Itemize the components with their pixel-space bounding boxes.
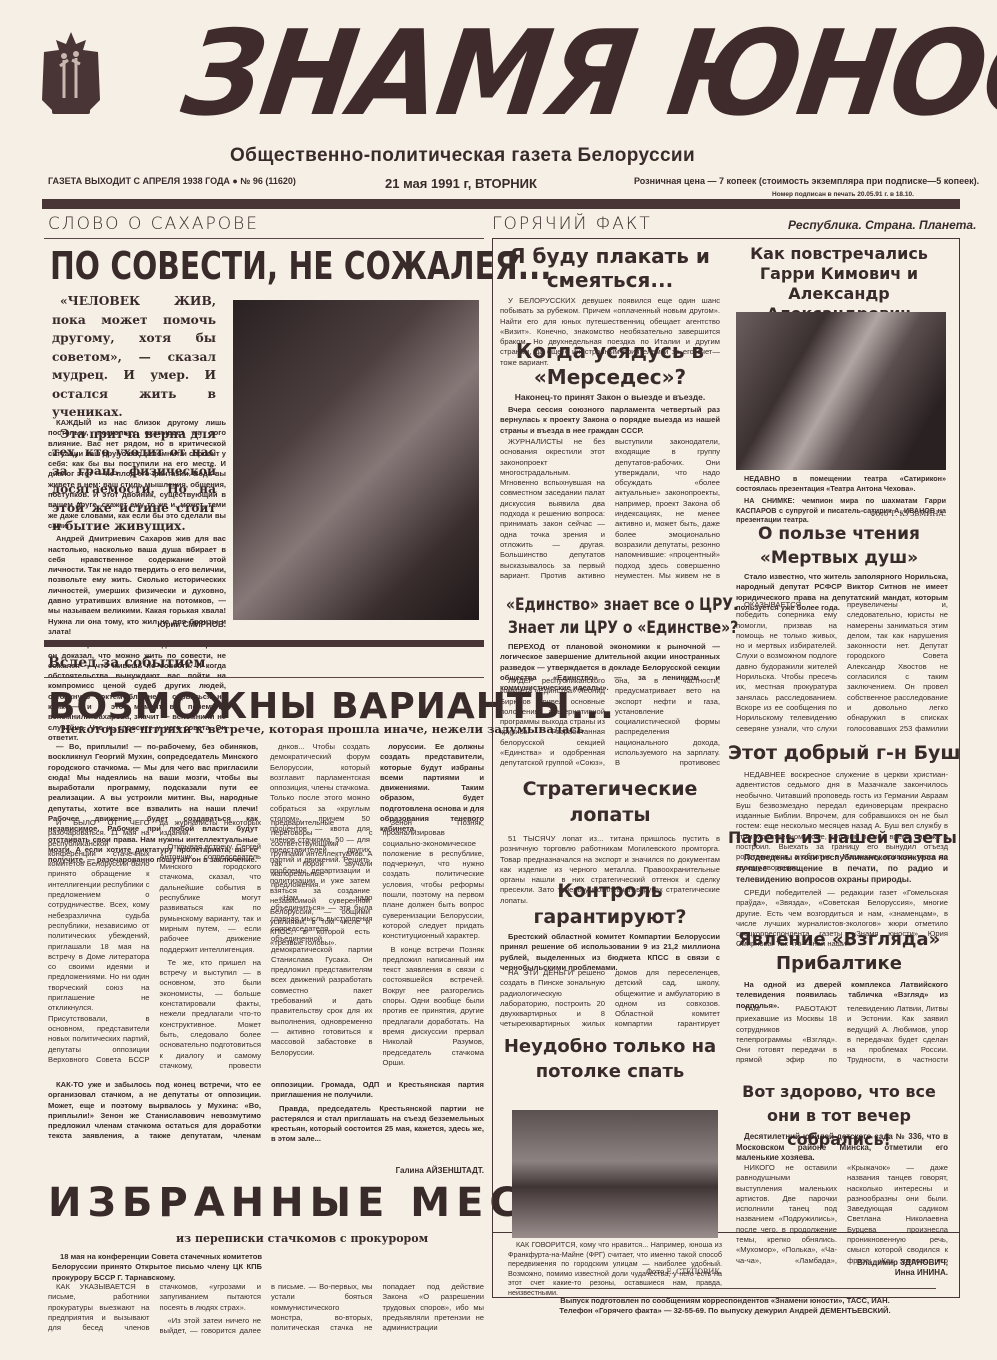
paragraph: В конце встречи Позняк предложил написан… — [383, 945, 485, 1069]
article-unity-body: ЛИДЕР республиканского комитета «Единств… — [500, 676, 720, 772]
divider-thick — [44, 640, 484, 647]
subhead-variants: Некоторые штрихи к встрече, которая прош… — [60, 722, 480, 736]
divider — [516, 1288, 936, 1289]
subhead-mercedes: Наконец-то принят Закон о выезде и въезд… — [500, 392, 720, 402]
caption-kasparov: НЕДАВНО в помещении театра «Сатирикон» с… — [736, 474, 946, 528]
issue-info: ГАЗЕТА ВЫХОДИТ С АПРЕЛЯ 1938 ГОДА ● № 96… — [48, 176, 296, 186]
article-dead-souls-body: ОКАЗЫВАЕТСЯ, победить соперника ему помо… — [736, 600, 948, 738]
newspaper-subtitle: Общественно-политическая газета Белорусс… — [230, 145, 695, 167]
photo-sakharov — [233, 300, 479, 620]
headline-dead-souls: О пользе чтения «Мертвых душ» — [728, 522, 950, 570]
paragraph: ЖУРНАЛИСТЫ не без основания окрестили эт… — [500, 437, 720, 585]
headline-unity-2: Знает ли ЦРУ о «Единстве»? — [508, 618, 738, 638]
article-control-body: НА ЭТИ ДЕНЬГИ решено создать в Пинске зо… — [500, 968, 720, 1032]
paragraph: Зенон Позняк, проанализировав социально-… — [383, 818, 485, 942]
article-vzglyad-body: ТАМ РАБОТАЮТ приехавшие из Москвы 18 сот… — [736, 1004, 948, 1070]
paragraph: Открывая встречу, Сергей Антончик, сопре… — [160, 842, 262, 955]
headline-cry: Я буду плакать и смеяться... — [500, 244, 720, 292]
photo-kasparov — [736, 312, 946, 470]
paragraph: Десятилетний юбилей детского сада № 336,… — [736, 1132, 948, 1164]
paragraph: НА ЭТИ ДЕНЬГИ решено создать в Пинске зо… — [500, 968, 720, 1032]
lead-selected: 18 мая на конференции Совета стачечных к… — [52, 1252, 262, 1286]
section-label-hotfact: ГОРЯЧИЙ ФАКТ — [492, 214, 652, 234]
headline-vzglyad: Явление «Взгляда» Прибалтике — [728, 928, 950, 976]
headline-sakharov: ПО СОВЕСТИ, НЕ СОЖАЛЕЯ... — [50, 244, 551, 288]
article-selected-body: КАК УКАЗЫВАЕТСЯ в письме, работники прок… — [48, 1282, 484, 1342]
variants-ending: КАК-ТО уже и забылось под конец встречи,… — [48, 1080, 484, 1162]
headline-bush: Этот добрый г-н Буш — [728, 742, 950, 764]
article-mercedes-body: ЖУРНАЛИСТЫ не без основания окрестили эт… — [500, 437, 720, 585]
author-kindergarten-2: Инна ИНИНА. — [736, 1268, 948, 1277]
photo-credit-ceiling: Фото Е. СТЕПОВИК. — [508, 1268, 722, 1276]
hotfact-tagline: Республика. Страна. Планета. — [788, 218, 976, 232]
photo-unicycle — [512, 1110, 718, 1238]
author-kindergarten-1: Владимир ЗДАНОВИЧ, — [736, 1258, 948, 1267]
headline-guy: Парень из нашей газеты — [728, 828, 950, 847]
paragraph: 18 мая на конференции Совета стачечных к… — [52, 1252, 262, 1283]
subhead-selected: из переписки стачкомов с прокурором — [176, 1232, 428, 1245]
headline-control: Контроль гарантируют? — [500, 878, 720, 930]
section-label-variants: Вслед за событием — [48, 655, 206, 671]
footer-line-1: Выпуск подготовлен по сообщениям корресп… — [500, 1296, 950, 1306]
paragraph: Брестский областной комитет Компартии Бе… — [500, 932, 720, 973]
print-signed-info: Номер подписан в печать 20.05.91 г. в 18… — [772, 191, 914, 198]
headline-mercedes: Когда усядусь в «Мерседес»? — [500, 338, 720, 390]
order-badge-icon — [38, 30, 104, 120]
hotfact-footer: Выпуск подготовлен по сообщениям корресп… — [500, 1296, 950, 1316]
paragraph: «Нам надо объединиться» — это была главн… — [271, 893, 373, 1058]
headline-ceiling: Неудобно только на потолке спать — [500, 1034, 720, 1084]
masthead-rule — [42, 199, 960, 209]
paragraph: КАЖДЫЙ из нас близок другому лишь постол… — [48, 418, 226, 531]
lead-mercedes: Вчера сессия союзного парламента четверт… — [500, 405, 720, 439]
headline-shovels: Стратегические лопаты — [500, 776, 720, 828]
issue-date: 21 мая 1991 г, ВТОРНИК — [385, 176, 537, 191]
lead-paragraph: «ЧЕЛОВЕК ЖИВ, пока может помочь другому,… — [52, 292, 216, 422]
paragraph: ТАМ РАБОТАЮТ приехавшие из Москвы 18 сот… — [736, 1004, 948, 1070]
footer-line-2: Телефон «Горячего факта» — 32-55-69. По … — [500, 1306, 950, 1316]
author-sakharov: Юрий СМИРНОВ. — [100, 620, 226, 629]
article-variants-body: И БЫЛО ОТ ЧЕГО разочароваться. 11 мая на… — [48, 818, 484, 1076]
paragraph: ОКАЗЫВАЕТСЯ, победить соперника ему помо… — [736, 600, 948, 738]
divider — [44, 677, 484, 678]
headline-unity-1: «Единство» знает все о ЦРУ. — [506, 595, 738, 615]
author-variants: Галина АЙЗЕНШТАДТ. — [330, 1166, 484, 1175]
divider — [44, 238, 484, 239]
paragraph: НЕДАВНО в помещении театра «Сатирикон» с… — [736, 474, 946, 493]
paragraph: ЛИДЕР республиканского комитета «Единств… — [500, 676, 720, 772]
paragraph: Вчера сессия союзного парламента четверт… — [500, 405, 720, 436]
section-label-sakharov: СЛОВО О САХАРОВЕ — [48, 214, 259, 234]
newspaper-title: ЗНАМЯ ЮНОСТИ — [177, 15, 997, 133]
lead-guy: Подведены итоги республиканского конкурс… — [736, 852, 948, 888]
lead-kindergarten: Десятилетний юбилей детского сада № 336,… — [736, 1132, 948, 1167]
price-info: Розничная цена — 7 копеек (стоимость экз… — [634, 176, 979, 186]
paragraph: Подведены итоги республиканского конкурс… — [736, 852, 948, 885]
paragraph: Правда, председатель Крестьянской партии… — [271, 1104, 484, 1145]
photo-credit-kasparov: Фото Т. КУЗЬМИНА. — [736, 510, 946, 518]
